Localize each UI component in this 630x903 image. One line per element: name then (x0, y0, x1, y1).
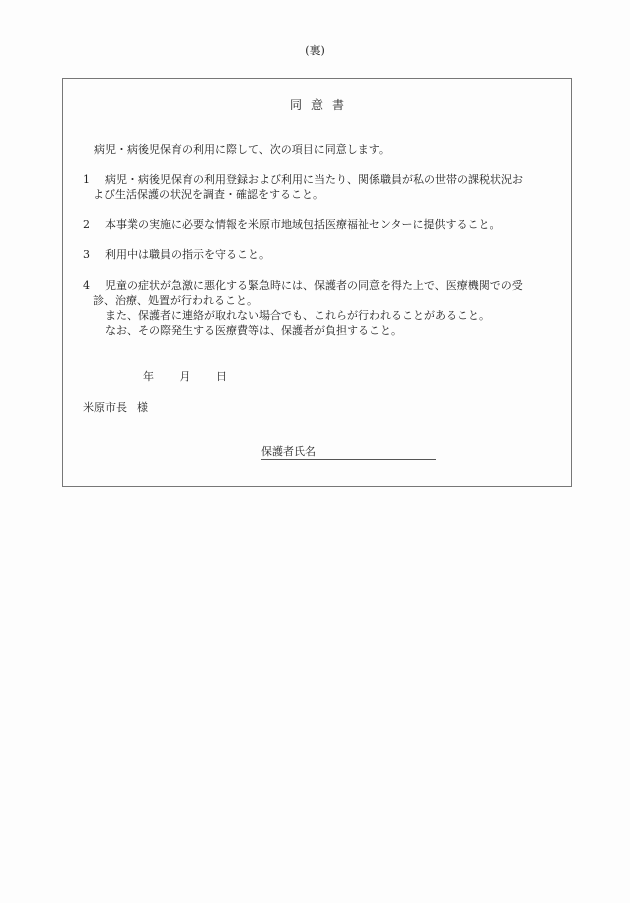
item-number: 1 (83, 172, 105, 188)
consent-item-1: 1病児・病後児保育の利用登録および利用に当たり、関係職員が私の世帯の課税状況お (83, 172, 523, 188)
addressee-name: 米原市長 (83, 401, 127, 414)
date-month-label: 月 (180, 369, 191, 385)
date-year-label: 年 (143, 369, 154, 385)
guardian-name-label: 保護者氏名 (261, 445, 316, 458)
page-side-mark: (裏) (0, 42, 630, 58)
item-number: 4 (83, 278, 105, 294)
document-title: 同意書 (63, 96, 571, 113)
date-field[interactable]: 年 月 日 (143, 369, 227, 385)
consent-item-2: 2本事業の実施に必要な情報を米原市地域包括医療福祉センターに提供すること。 (83, 217, 501, 233)
consent-item-3: 3利用中は職員の指示を守ること。 (83, 247, 270, 263)
consent-item-1-continued: よび生活保護の状況を調査・確認をすること。 (93, 187, 324, 203)
consent-item-4-note-2: なお、その際発生する医療費等は、保護者が負担すること。 (105, 323, 402, 339)
item-number: 3 (83, 247, 105, 263)
consent-item-4-continued: 診、治療、処置が行われること。 (93, 293, 258, 309)
date-day-label: 日 (216, 369, 227, 385)
item-text: 本事業の実施に必要な情報を米原市地域包括医療福祉センターに提供すること。 (105, 218, 501, 231)
consent-form-frame: 同意書 病児・病後児保育の利用に際して、次の項目に同意します。 1病児・病後児保… (62, 78, 572, 487)
addressee-honorific: 様 (137, 401, 148, 414)
intro-text: 病児・病後児保育の利用に際して、次の項目に同意します。 (94, 142, 390, 158)
item-text: 利用中は職員の指示を守ること。 (105, 248, 270, 261)
consent-item-4: 4児童の症状が急激に悪化する緊急時には、保護者の同意を得た上で、医療機関での受 (83, 278, 523, 294)
item-text: 児童の症状が急激に悪化する緊急時には、保護者の同意を得た上で、医療機関での受 (105, 279, 523, 292)
consent-item-4-note-1: また、保護者に連絡が取れない場合でも、これらが行われることがあること。 (105, 308, 490, 324)
item-text: 病児・病後児保育の利用登録および利用に当たり、関係職員が私の世帯の課税状況お (105, 173, 523, 186)
guardian-signature-field[interactable]: 保護者氏名 (261, 445, 436, 460)
item-number: 2 (83, 217, 105, 233)
addressee: 米原市長様 (83, 400, 148, 416)
